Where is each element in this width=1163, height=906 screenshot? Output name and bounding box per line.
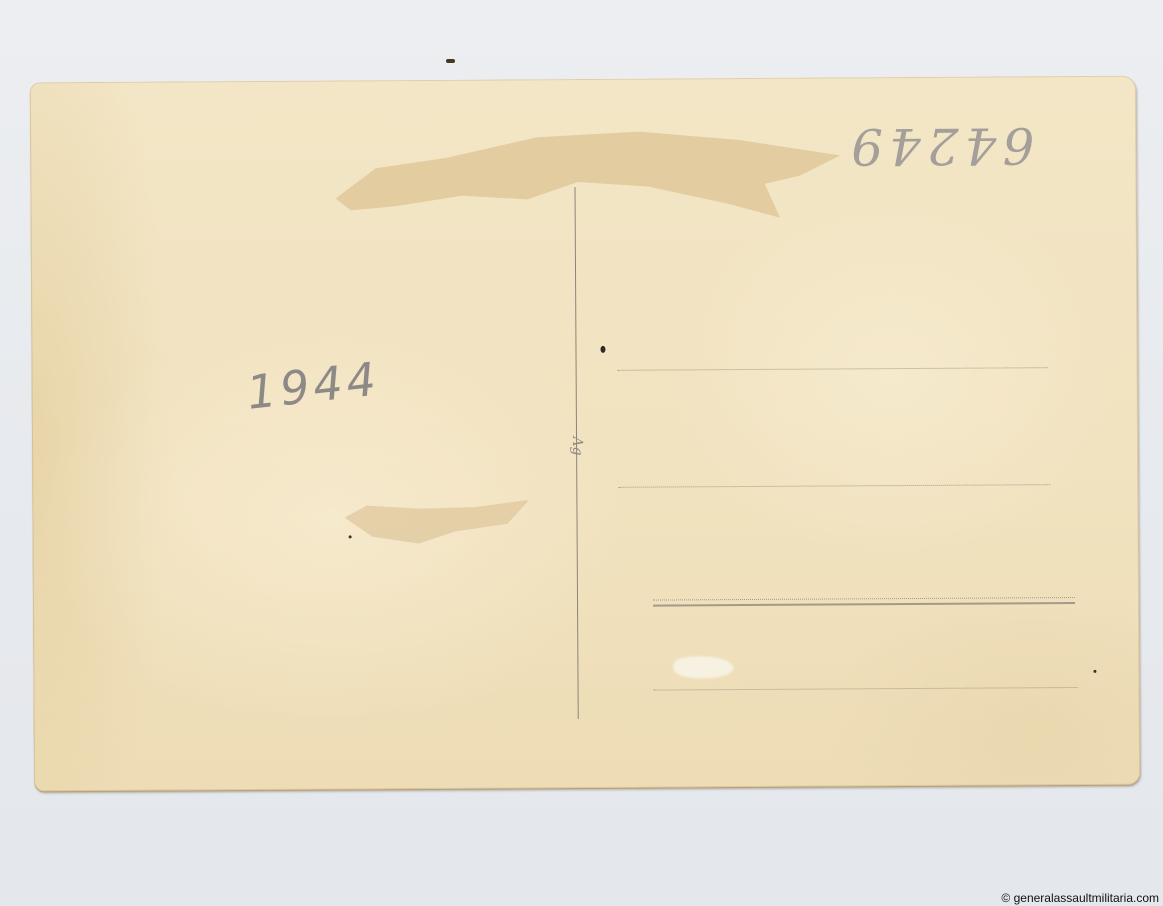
- watermark-copyright: © generalassaultmilitaria.com: [1001, 891, 1159, 905]
- glue-residue-stain-top: [335, 125, 841, 228]
- divider-printed-text: Ag: [562, 431, 592, 461]
- paper-scuff: [673, 656, 733, 678]
- postcard-back: 64249 1944 Ag: [30, 76, 1140, 792]
- address-line-3-underline: [653, 602, 1075, 606]
- address-line-2: [618, 484, 1050, 488]
- pencil-date: 1944: [244, 351, 382, 419]
- ink-speck: [1093, 670, 1096, 673]
- pencil-inventory-number: 64249: [845, 116, 1034, 175]
- address-line-1: [618, 367, 1048, 371]
- ink-dot: [600, 346, 605, 353]
- dust-speck: [446, 59, 455, 63]
- ink-speck: [349, 535, 352, 538]
- address-line-3: [653, 597, 1075, 601]
- glue-residue-stain-middle: [344, 497, 529, 546]
- address-line-4: [654, 687, 1078, 691]
